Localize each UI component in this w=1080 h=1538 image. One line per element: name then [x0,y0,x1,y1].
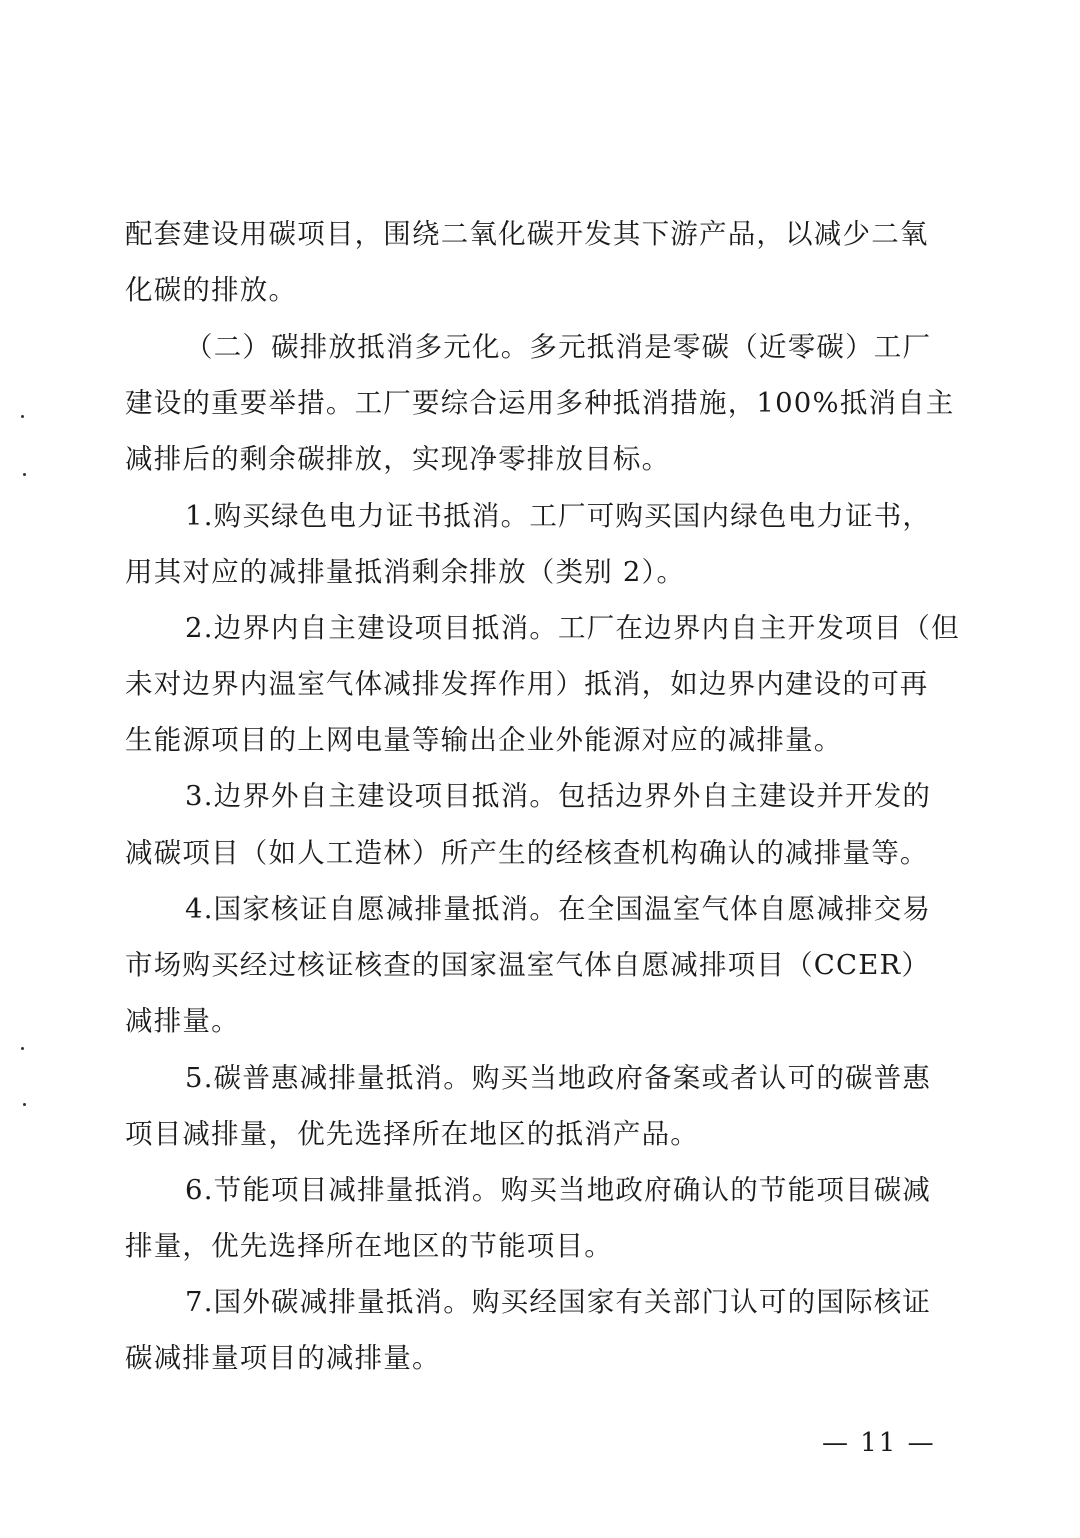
text-line: 用其对应的减排量抵消剩余排放（类别 2）。 [125,555,945,589]
text-line: 配套建设用碳项目，围绕二氧化碳开发其下游产品，以减少二氧 [125,217,945,251]
text-line: 排量，优先选择所在地区的节能项目。 [125,1229,945,1263]
list-item-7-line: 7.国外碳减排量抵消。购买经国家有关部门认可的国际核证 [185,1285,1005,1319]
binding-hole-mark [23,473,26,476]
list-item-1-line: 1.购买绿色电力证书抵消。工厂可购买国内绿色电力证书， [185,499,1005,533]
text-line: 碳减排量项目的减排量。 [125,1341,945,1375]
list-item-3-line: 3.边界外自主建设项目抵消。包括边界外自主建设并开发的 [185,779,1005,813]
document-page: 配套建设用碳项目，围绕二氧化碳开发其下游产品，以减少二氧 化碳的排放。 （二）碳… [0,0,1080,1538]
page-number: — 11 — [822,1428,936,1458]
text-line: 减排后的剩余碳排放，实现净零排放目标。 [125,442,945,476]
text-line: 减排量。 [125,1004,945,1038]
text-line: 市场购买经过核证核查的国家温室气体自愿减排项目（CCER） [125,948,945,982]
text-line: 生能源项目的上网电量等输出企业外能源对应的减排量。 [125,723,945,757]
binding-hole-mark [21,415,24,418]
list-item-4-line: 4.国家核证自愿减排量抵消。在全国温室气体自愿减排交易 [185,892,1005,926]
section-heading-line: （二）碳排放抵消多元化。多元抵消是零碳（近零碳）工厂 [185,330,1005,364]
text-line: 项目减排量，优先选择所在地区的抵消产品。 [125,1117,945,1151]
text-line: 减碳项目（如人工造林）所产生的经核查机构确认的减排量等。 [125,836,945,870]
text-line: 未对边界内温室气体减排发挥作用）抵消，如边界内建设的可再 [125,667,945,701]
list-item-6-line: 6.节能项目减排量抵消。购买当地政府确认的节能项目碳减 [185,1173,1005,1207]
text-line: 化碳的排放。 [125,273,945,307]
binding-hole-mark [21,1047,24,1050]
list-item-2-line: 2.边界内自主建设项目抵消。工厂在边界内自主开发项目（但 [185,611,1005,645]
binding-hole-mark [23,1103,26,1106]
text-line: 建设的重要举措。工厂要综合运用多种抵消措施，100%抵消自主 [125,386,945,420]
list-item-5-line: 5.碳普惠减排量抵消。购买当地政府备案或者认可的碳普惠 [185,1061,1005,1095]
